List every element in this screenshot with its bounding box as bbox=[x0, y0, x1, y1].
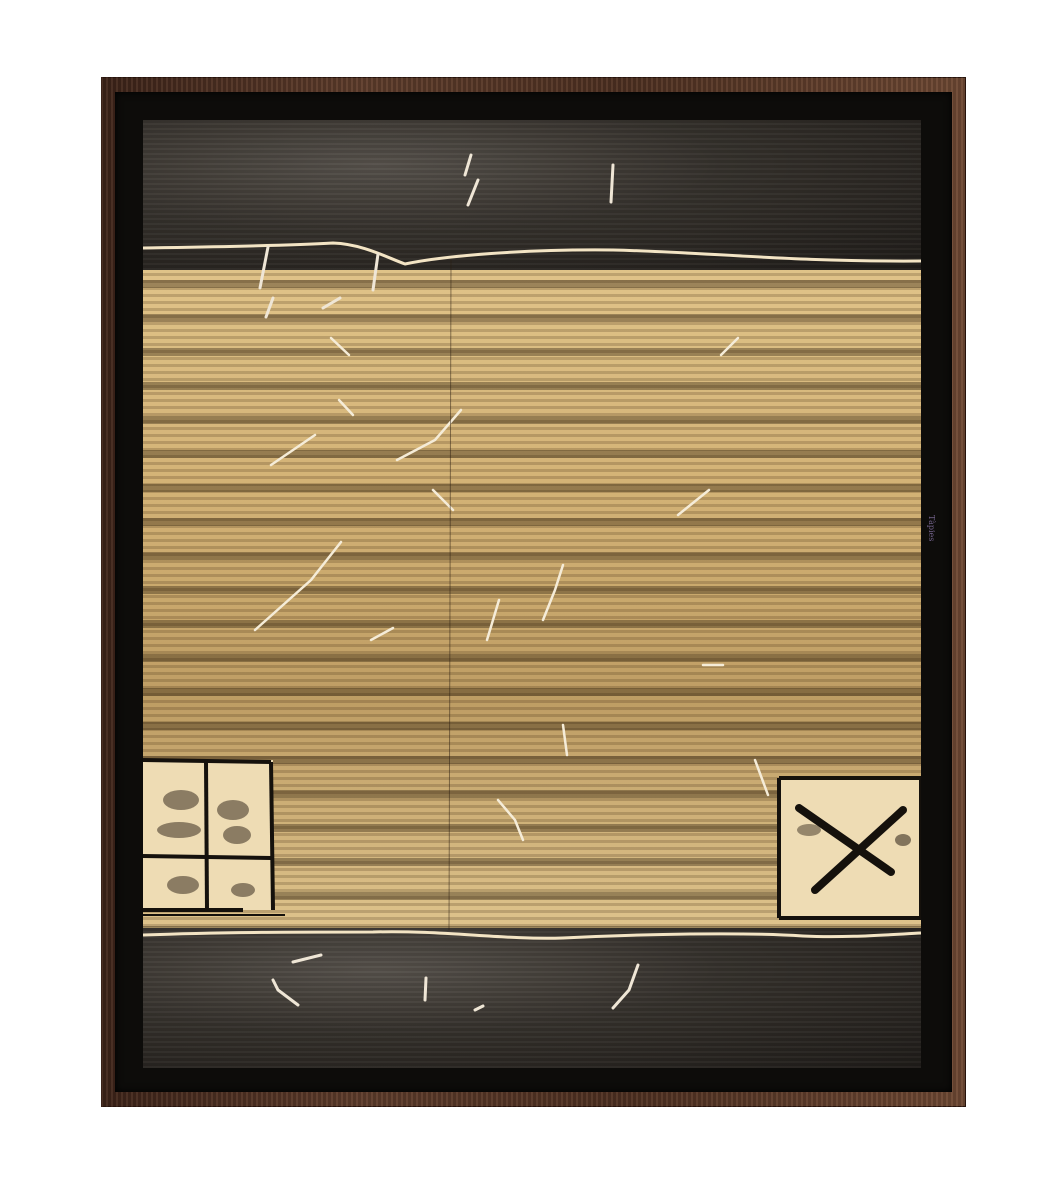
artwork-markings bbox=[143, 120, 921, 1068]
artist-signature: Tàpies bbox=[927, 515, 936, 541]
bottom-wave-edge bbox=[143, 932, 921, 939]
x-square bbox=[779, 778, 921, 918]
grid-square bbox=[143, 760, 285, 915]
picture-frame: Tàpies bbox=[101, 77, 966, 1107]
vertical-crease bbox=[449, 260, 451, 930]
frame-mat bbox=[115, 92, 952, 1092]
field-scratches bbox=[255, 338, 768, 840]
artwork-paper bbox=[143, 120, 921, 1068]
bottom-band-scratches bbox=[273, 955, 638, 1010]
